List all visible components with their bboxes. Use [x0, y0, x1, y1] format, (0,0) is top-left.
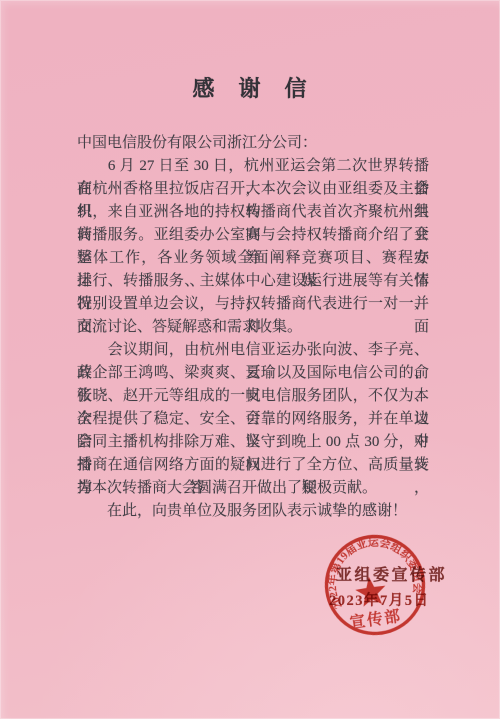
letter-line: 运行、转播服务、主媒体中心建设运行进展等有关情况，并	[77, 270, 429, 293]
thank-you-letter-photo: 感 谢 信 中国电信股份有限公司浙江分公司： 6 月 27 日至 30 日，杭州…	[0, 0, 500, 719]
letter-line: 特别设置单边会议，与持权转播商代表进行一对一、面对面	[77, 293, 429, 316]
letter-line: 播商在通信网络方面的疑问进行了全方位、高质量支撑答疑，	[77, 454, 429, 477]
letter-title: 感 谢 信	[0, 72, 500, 103]
letter-line: 中国电信股份有限公司浙江分公司：	[77, 132, 429, 155]
letter-line: 在杭州香格里拉饭店召开，本次会议由亚组委及主播机构组	[77, 178, 429, 201]
letter-line: 会议期间，由杭州电信亚运办张向波、李子亮、薛云、	[77, 339, 429, 362]
letter-line: 全程提供了稳定、安全、可靠的网络服务，并在单边会议中	[77, 408, 429, 431]
letter-line: 为本次转播商大会圆满召开做出了积极贡献。	[77, 477, 429, 500]
letter-line: 织，来自亚洲各地的持权转播商代表首次齐聚杭州共商赛会	[77, 201, 429, 224]
letter-body: 中国电信股份有限公司浙江分公司： 6 月 27 日至 30 日，杭州亚运会第二次…	[77, 132, 429, 523]
letter-line: 6 月 27 日至 30 日，杭州亚运会第二次世界转播商大会	[77, 155, 429, 178]
official-seal: 2022年第19届亚运会组织委员会 宣传部	[296, 506, 454, 664]
star-icon	[354, 575, 388, 608]
letter-line: 陪同主播机构排除万难、坚守到晚上 00 点 30 分，对持权转	[77, 431, 429, 454]
letter-line: 张晓、赵开元等组成的一支电信服务团队，不仅为本次会议	[77, 385, 429, 408]
letter-line: 转播服务。亚组委办公室向与会持权转播商介绍了亚运筹办	[77, 224, 429, 247]
letter-line: 政企部王鸿鸣、梁爽爽、夏瑜以及国际电信公司的俞筱帆、	[77, 362, 429, 385]
letter-line: 整体工作，各业务领域全面阐释竞赛项目、赛程安排、媒体	[77, 247, 429, 270]
